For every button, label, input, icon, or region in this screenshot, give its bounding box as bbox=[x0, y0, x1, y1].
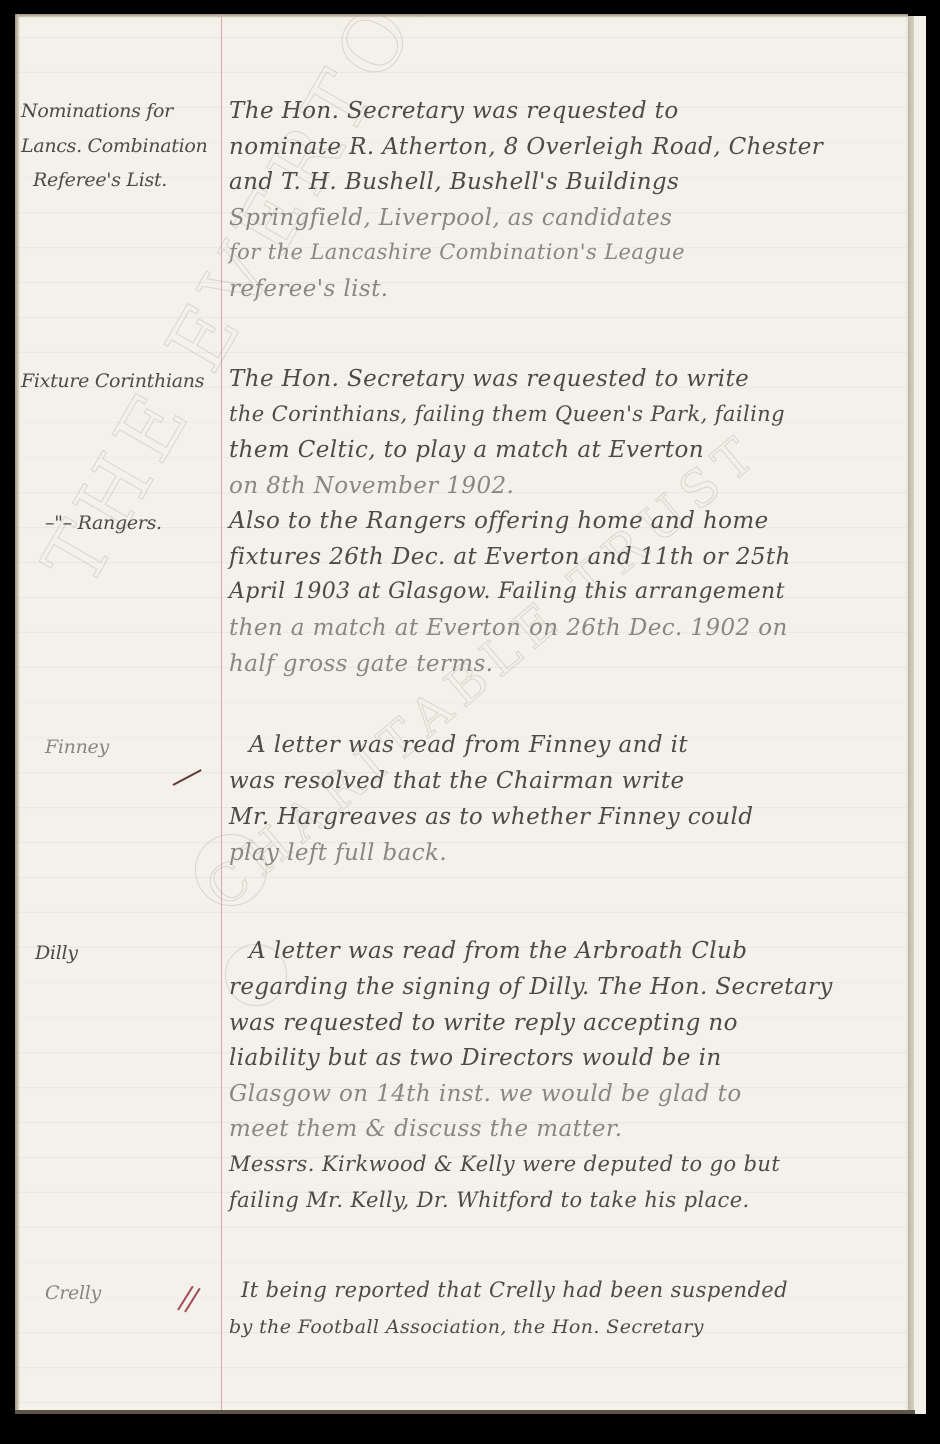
minute-line: Springfield, Liverpool, as candidates bbox=[229, 205, 672, 231]
minute-line: failing Mr. Kelly, Dr. Whitford to take … bbox=[229, 1188, 750, 1212]
minute-line: Messrs. Kirkwood & Kelly were deputed to… bbox=[229, 1152, 780, 1176]
page-left-edge bbox=[15, 14, 19, 1414]
minute-line: liability but as two Directors would be … bbox=[229, 1045, 722, 1071]
minute-line: The Hon. Secretary was requested to bbox=[229, 98, 679, 124]
minute-line: on 8th November 1902. bbox=[229, 473, 514, 499]
minute-line: was requested to write reply accepting n… bbox=[229, 1010, 738, 1036]
minute-line: Glasgow on 14th inst. we would be glad t… bbox=[229, 1081, 742, 1107]
minute-line: The Hon. Secretary was requested to writ… bbox=[229, 366, 749, 392]
margin-label: Lancs. Combination bbox=[21, 135, 207, 157]
minute-line: play left full back. bbox=[229, 840, 447, 866]
minute-line: regarding the signing of Dilly. The Hon.… bbox=[229, 974, 833, 1000]
minute-line: It being reported that Crelly had been s… bbox=[241, 1278, 788, 1302]
minute-line: them Celtic, to play a match at Everton bbox=[229, 437, 704, 463]
minute-line: half gross gate terms. bbox=[229, 651, 493, 677]
minute-line: fixtures 26th Dec. at Everton and 11th o… bbox=[229, 544, 791, 570]
minute-line: meet them & discuss the matter. bbox=[229, 1116, 622, 1142]
ledger-page: THE EVERTON COLLECTION CHARITABLE TRUST … bbox=[15, 14, 908, 1414]
minute-line: and T. H. Bushell, Bushell's Buildings bbox=[229, 169, 679, 195]
page-top-edge bbox=[15, 14, 908, 17]
margin-label: Referee's List. bbox=[33, 169, 167, 191]
minute-line: April 1903 at Glasgow. Failing this arra… bbox=[229, 579, 785, 604]
margin-label: Finney bbox=[45, 736, 109, 758]
minute-line: Also to the Rangers offering home and ho… bbox=[229, 508, 769, 534]
minute-line: nominate R. Atherton, 8 Overleigh Road, … bbox=[229, 134, 823, 160]
minute-line: A letter was read from Finney and it bbox=[249, 732, 688, 758]
margin-label: –"– Rangers. bbox=[45, 512, 162, 534]
margin-label: Nominations for bbox=[21, 100, 173, 122]
page-bottom-edge bbox=[15, 1410, 915, 1414]
minute-line: A letter was read from the Arbroath Club bbox=[249, 938, 747, 964]
margin-label: Fixture Corinthians bbox=[21, 370, 204, 392]
margin-rule-line bbox=[221, 14, 222, 1414]
minute-line: Mr. Hargreaves as to whether Finney coul… bbox=[229, 804, 753, 830]
minute-line: by the Football Association, the Hon. Se… bbox=[229, 1316, 704, 1338]
scan-frame: THE EVERTON COLLECTION CHARITABLE TRUST … bbox=[0, 0, 940, 1444]
minute-line: was resolved that the Chairman write bbox=[229, 768, 684, 794]
minute-line: the Corinthians, failing them Queen's Pa… bbox=[229, 402, 785, 426]
minute-line: then a match at Everton on 26th Dec. 190… bbox=[229, 615, 788, 641]
minute-line: referee's list. bbox=[229, 276, 388, 302]
next-page-edge bbox=[914, 16, 926, 1414]
margin-label: Dilly bbox=[35, 942, 78, 964]
minute-line: for the Lancashire Combination's League bbox=[229, 240, 685, 264]
margin-label: Crelly bbox=[45, 1282, 101, 1304]
